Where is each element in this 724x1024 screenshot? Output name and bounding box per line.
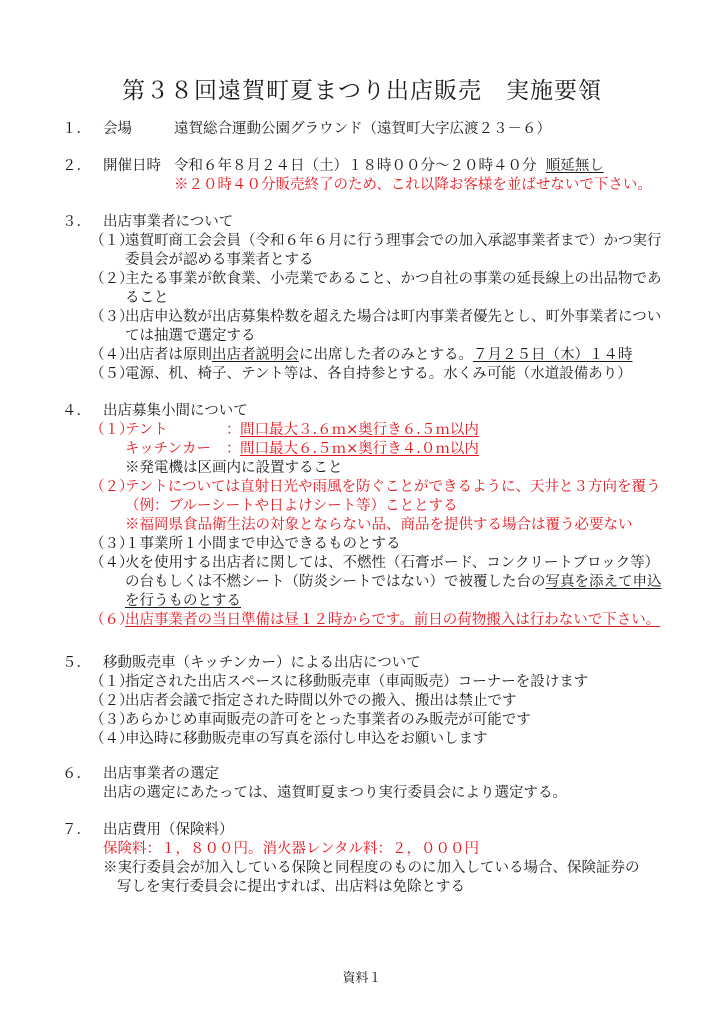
briefing-date: ７月２５日（木）１４時: [473, 347, 633, 363]
section-2-number: ２．: [62, 157, 91, 175]
section-4-item-6-line1: 出店事業者の当日準備は昼１２時からです。前日の荷物搬入は行わないで下さい。: [125, 611, 660, 629]
section-1-number: １．: [62, 120, 91, 138]
page-footer-label: 資料１: [0, 967, 724, 986]
section-4-item-2-line1: テントについては直射日光や雨風を防ぐことができるように、天井と３方向を覆う: [125, 478, 660, 496]
kitchen-car-size: 間口最大６.５ｍ×奥行き４.０ｍ以内: [240, 440, 479, 458]
section-1-value: 遠賀総合運動公園グラウンド（遠賀町大字広渡２３－６）: [174, 120, 551, 138]
photo-requirement: 写真を添えて申込: [546, 574, 662, 590]
item-text: に出席した者のみとする。: [299, 347, 473, 363]
section-4-item-4-line2: の台もしくは不燃シート（防炎シートではない）で被覆した台の写真を添えて申込: [125, 573, 662, 591]
section-3-item-1-line2: 委員会が認める事業者とする: [125, 251, 314, 269]
section-4-heading: 出店募集小間について: [103, 402, 248, 420]
generator-note: ※発電機は区画内に設置すること: [125, 459, 343, 477]
event-datetime: 令和６年８月２４日（土）１８時００分～２０時４０分: [174, 158, 537, 174]
briefing-session: 出店者説明会: [212, 347, 299, 363]
section-5-heading: 移動販売車（キッチンカー）による出店について: [103, 654, 421, 672]
section-2-value: 令和６年８月２４日（土）１８時００分～２０時４０分 順延無し: [174, 157, 604, 175]
section-5-item-1-text: 指定された出店スペースに移動販売車（車両販売）コーナーを設けます: [125, 673, 588, 691]
section-7-number: ７．: [62, 821, 91, 839]
tent-label: テント: [125, 421, 168, 439]
section-5-item-2-text: 出店者会議で指定された時間以外での搬入、搬出は禁止です: [125, 692, 517, 710]
section-3-number: ３．: [62, 213, 91, 231]
tent-size: 間口最大３.６ｍ×奥行き６.５ｍ以内: [240, 421, 479, 439]
document-title: 第３８回遠賀町夏まつり出店販売 実施要領: [0, 72, 724, 105]
section-5-item-3-text: あらかじめ車両販売の許可をとった事業者のみ販売が可能です: [125, 711, 531, 729]
section-1-label: 会場: [103, 120, 132, 138]
section-2-warning: ※２０時４０分販売終了のため、これ以降お客様を並ばせないで下さい。: [174, 176, 652, 194]
kitchen-car-colon: ：: [226, 440, 241, 458]
section-3-heading: 出店事業者について: [103, 213, 233, 231]
section-7-heading: 出店費用（保険料）: [103, 821, 234, 839]
section-6-number: ６．: [62, 765, 91, 783]
section-3-item-3-line1: 出店申込数が出店募集枠数を超えた場合は町内事業者優先とし、町外事業者につい: [125, 308, 661, 326]
item-text: 出店者は原則: [125, 347, 212, 363]
section-5-number: ５．: [62, 654, 91, 672]
section-7-note-line2: 写しを実行委員会に提出すれば、出店料は免除とする: [117, 878, 465, 896]
section-4-item-2-note: ※福岡県食品衛生法の対象とならない品、商品を提供する場合は覆う必要ない: [125, 516, 633, 534]
document-page: 第３８回遠賀町夏まつり出店販売 実施要領 １． 会場 遠賀総合運動公園グラウンド…: [0, 0, 724, 1024]
item-text: の台もしくは不燃シート（防炎シートではない）で被覆した台の: [125, 574, 546, 590]
section-7-note-line1: ※実行委員会が加入している保険と同程度のものに加入している場合、保険証券の: [103, 859, 640, 877]
tent-colon: ：: [226, 421, 241, 439]
section-4-item-3-line1: １事業所１小間まで申込できるものとする: [125, 535, 401, 553]
section-3-item-2-line2: ること: [125, 289, 169, 307]
section-7-fee: 保険料：１，８００円。消火器レンタル料：２，０００円: [103, 840, 479, 858]
section-6-text: 出店の選定にあたっては、遠賀町夏まつり実行委員会により選定する。: [103, 784, 567, 802]
section-3-item-5-line1: 電源、机、椅子、テント等は、各自持参とする。水くみ可能（水道設備あり）: [125, 365, 632, 383]
section-3-item-4-line1: 出店者は原則出店者説明会に出席した者のみとする。７月２５日（木）１４時: [125, 346, 633, 364]
section-6-heading: 出店事業者の選定: [103, 765, 219, 783]
section-4-item-2-line2: （例：ブルーシートや日よけシート等）こととする: [125, 497, 458, 515]
section-4-item-4-line3: を行うものとする: [125, 592, 241, 610]
section-3-item-3-line2: ては抽選で選定する: [125, 327, 256, 345]
section-2-label: 開催日時: [103, 157, 161, 175]
section-3-item-2-line1: 主たる事業が飲食業、小売業であること、かつ自社の事業の延長線上の出品物であ: [125, 270, 662, 288]
kitchen-car-label: キッチンカー: [125, 440, 211, 458]
section-4-number: ４．: [62, 402, 91, 420]
section-3-item-1-line1: 遠賀町商工会会員（令和６年６月に行う理事会での加入承認事業者まで）かつ実行: [125, 232, 662, 250]
no-postponement-note: 順延無し: [546, 158, 604, 174]
section-4-item-4-line1: 火を使用する出店者に関しては、不燃性（石膏ボード、コンクリートブロック等）: [125, 554, 659, 572]
section-5-item-4-text: 申込時に移動販売車の写真を添付し申込をお願いします: [125, 730, 488, 748]
